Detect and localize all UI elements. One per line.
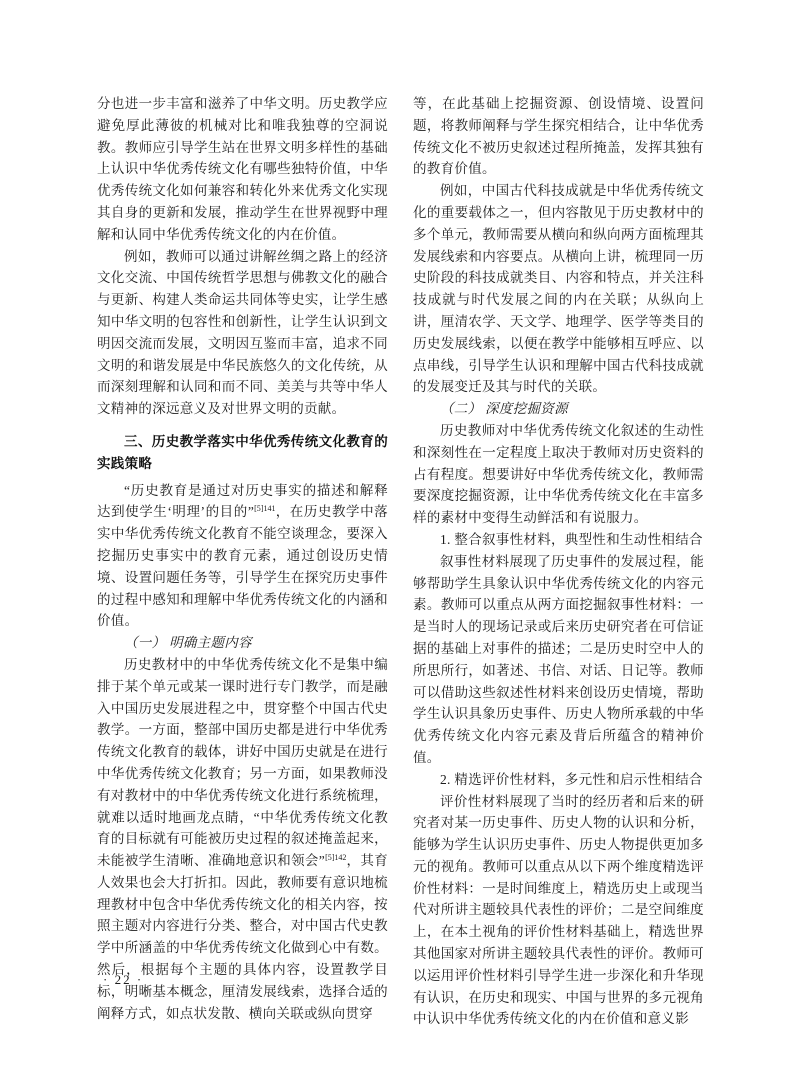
body-paragraph: “历史教育是通过对历史事实的描述和解释达到使学生‘明理’的目的”[5]141，在… — [97, 480, 388, 633]
section-heading: 三、历史教学落实中华优秀传统文化教育的实践策略 — [97, 431, 388, 475]
list-item-heading: 2. 精选评价性材料，多元性和启示性相结合 — [413, 769, 704, 791]
page-number: · 22 · — [103, 972, 143, 988]
paragraph-text: ，在历史教学中落实中华优秀传统文化教育不能空谈理念，要深入挖掘历史事实中的教育元… — [97, 504, 388, 628]
left-column: 分也进一步丰富和滋养了中华文明。历史教学应避免厚此薄彼的机械对比和唯我独尊的空洞… — [97, 93, 388, 1024]
list-item-heading: 1. 整合叙事性材料，典型性和生动性相结合 — [413, 529, 704, 551]
paragraph-text: ，其育人效果也会大打折扣。因此，教师要有意识地梳理教材中包含中华优秀传统文化的相… — [97, 853, 388, 1021]
citation-ref: [5]142 — [325, 853, 346, 862]
subsection-heading: （二） 深度挖掘资源 — [413, 398, 704, 420]
body-paragraph: 例如，教师可以通过讲解丝绸之路上的经济文化交流、中国传统哲学思想与佛教文化的融合… — [97, 246, 388, 420]
body-paragraph: 例如，中国古代科技成就是中华优秀传统文化的重要载体之一，但内容散见于历史教材中的… — [413, 180, 704, 398]
scanned-paper-page: 分也进一步丰富和滋养了中华文明。历史教学应避免厚此薄彼的机械对比和唯我独尊的空洞… — [0, 0, 800, 1077]
citation-ref: [5]141 — [254, 504, 275, 513]
paragraph-text: 历史教材中的中华优秀传统文化不是集中编排于某个单元或某一课时进行专门教学，而是融… — [97, 657, 388, 868]
body-paragraph: 评价性材料展现了当时的经历者和后来的研究者对某一历史事件、历史人物的认识和分析，… — [413, 791, 704, 1031]
subsection-heading: （一） 明确主题内容 — [97, 632, 388, 654]
body-paragraph: 等，在此基础上挖掘资源、创设情境、设置问题，将教师阐释与学生探究相结合，让中华优… — [413, 93, 704, 180]
body-paragraph: 历史教师对中华优秀传统文化叙述的生动性和深刻性在一定程度上取决于教师对历史资料的… — [413, 420, 704, 529]
body-paragraph: 叙事性材料展现了历史事件的发展过程，能够帮助学生具象认识中华优秀传统文化的内容元… — [413, 551, 704, 769]
right-column: 等，在此基础上挖掘资源、创设情境、设置问题，将教师阐释与学生探究相结合，让中华优… — [413, 93, 704, 1030]
body-paragraph: 分也进一步丰富和滋养了中华文明。历史教学应避免厚此薄彼的机械对比和唯我独尊的空洞… — [97, 93, 388, 246]
body-paragraph: 历史教材中的中华优秀传统文化不是集中编排于某个单元或某一课时进行专门教学，而是融… — [97, 654, 388, 1025]
